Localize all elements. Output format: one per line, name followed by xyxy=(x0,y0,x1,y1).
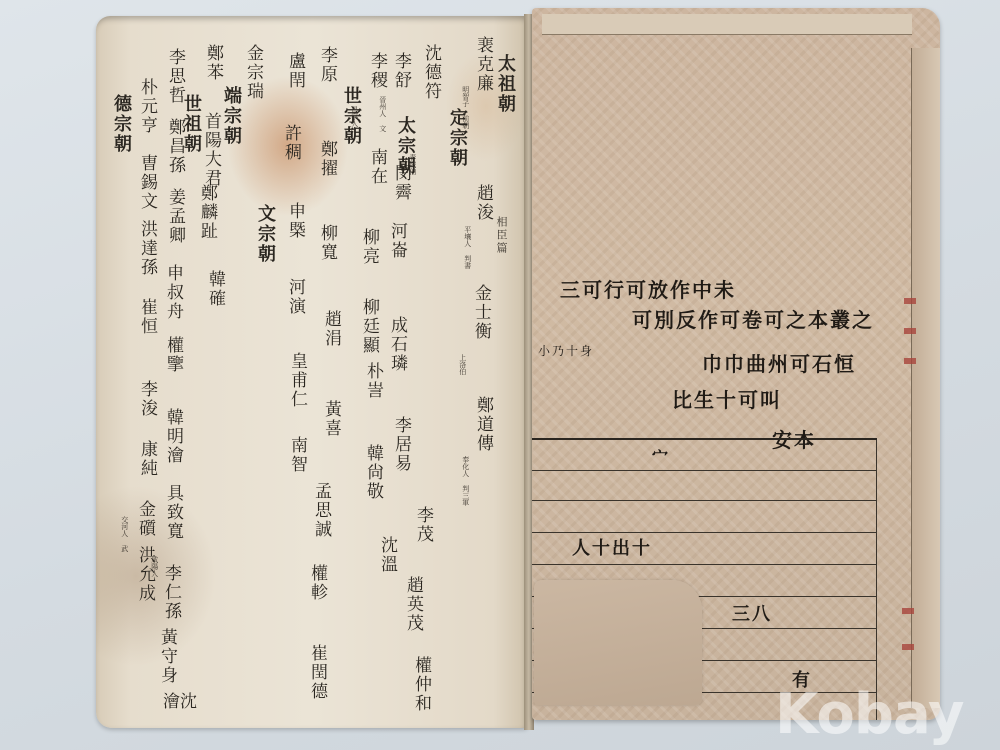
name-entry: 李稷 xyxy=(368,52,385,90)
name-entry: 許稠 xyxy=(282,124,299,162)
red-seal-mark xyxy=(904,298,916,304)
annotation: 奉化人 判三軍 xyxy=(461,456,469,506)
name-entry: 趙浚 xyxy=(474,184,491,222)
name-entry: 李原 xyxy=(318,46,335,84)
reign-heading: 文宗朝 xyxy=(256,204,274,264)
name-entry: 姜孟卿 xyxy=(166,188,183,245)
name-entry: 金礩 xyxy=(136,500,153,538)
handwritten-line: 巾巾曲州可石恒 xyxy=(702,348,856,370)
name-entry: 韓尙敬 xyxy=(364,444,381,501)
name-entry: 黃守身 xyxy=(158,628,175,685)
handwritten-line: 三八 xyxy=(732,600,772,622)
name-entry: 鄭昌孫 xyxy=(166,118,183,175)
left-page: 相臣篇 太祖朝 裵克廉 趙浚 明智子 前朝 平壤人 判書 定宗朝 沈德符 金士衡… xyxy=(96,16,528,728)
name-entry: 沈德符 xyxy=(422,44,439,101)
annotation: 平壤人 判書 xyxy=(463,226,471,269)
annotation: 交河人 武 xyxy=(120,516,128,552)
name-entry: 趙英茂 xyxy=(404,576,421,633)
name-entry: 權仲和 xyxy=(412,656,429,713)
name-entry: 盧閈 xyxy=(286,52,303,90)
reign-heading: 太祖朝 xyxy=(496,54,514,114)
name-entry: 鄭苯 xyxy=(204,44,221,82)
name-entry: 康純 xyxy=(138,440,155,478)
handwritten-line: 三可行可放作中未 xyxy=(560,274,736,296)
name-entry: 河崙 xyxy=(388,222,405,260)
name-entry: 金宗瑞 xyxy=(244,44,261,101)
right-page: 三可行可放作中未 可別反作可卷可之本叢之 小乃十身 巾巾曲州可石恒 比生十可叫 … xyxy=(532,8,940,720)
name-entry: 韓明澮 xyxy=(164,408,181,465)
name-entry: 孟思誠 xyxy=(312,482,329,539)
red-seal-mark xyxy=(904,328,916,334)
name-entry: 鄭麟趾 xyxy=(198,184,215,241)
name-entry: 成石璘 xyxy=(388,316,405,373)
torn-paper-patch xyxy=(534,580,702,705)
name-entry: 洪達孫 xyxy=(138,220,155,277)
name-entry: 李舒 xyxy=(392,52,409,90)
handwritten-line: 可別反作可卷可之本叢之 xyxy=(632,304,874,326)
handwritten-line: 比生十可叫 xyxy=(672,384,782,406)
open-book: 相臣篇 太祖朝 裵克廉 趙浚 明智子 前朝 平壤人 判書 定宗朝 沈德符 金士衡… xyxy=(96,8,946,730)
handwritten-line: 人十出十 xyxy=(572,534,652,556)
name-entry: 鄭道傳 xyxy=(474,396,491,453)
handwritten-line: 宀 xyxy=(652,444,670,466)
reign-heading: 端宗朝 xyxy=(222,86,240,146)
reign-heading: 德宗朝 xyxy=(112,94,130,154)
name-entry: 李仁孫 xyxy=(162,564,179,621)
top-paper-strip xyxy=(542,14,912,35)
name-entry: 朴訔 xyxy=(364,362,381,400)
name-entry: 李居易 xyxy=(392,416,409,473)
handwritten-line: 小乃十身 xyxy=(538,342,594,356)
annotation: 昌寧人 xyxy=(350,106,358,127)
name-entry: 李浚 xyxy=(138,380,155,418)
name-entry: 柳廷顯 xyxy=(360,298,377,355)
reign-heading: 定宗朝 xyxy=(448,108,466,168)
name-entry: 皇甫仁 xyxy=(288,352,305,409)
name-entry: 鄭擢 xyxy=(318,140,335,178)
name-entry: 李茂 xyxy=(414,506,431,544)
name-entry: 沈溫 xyxy=(378,536,395,574)
name-entry: 金士衡 xyxy=(472,284,489,341)
name-entry: 沈澮 xyxy=(160,692,194,728)
name-entry: 柳寬 xyxy=(318,224,335,262)
annotation: 晉州人 文 xyxy=(378,96,386,132)
name-entry: 裵克廉 xyxy=(474,36,491,93)
name-entry: 河演 xyxy=(286,278,303,316)
name-entry: 申叔舟 xyxy=(164,264,181,321)
name-entry: 曺錫文 xyxy=(138,154,155,211)
red-seal-mark xyxy=(902,644,914,650)
name-entry: 黃喜 xyxy=(322,400,339,438)
name-entry: 朴元亨 xyxy=(138,78,155,135)
name-entry: 申槩 xyxy=(286,202,303,240)
name-entry: 首陽大君 xyxy=(202,112,219,188)
name-entry: 具致寬 xyxy=(164,484,181,541)
name-entry: 韓確 xyxy=(206,270,223,308)
page-edge xyxy=(911,48,940,708)
name-entry: 崔恒 xyxy=(138,298,155,336)
name-entry: 趙涓 xyxy=(322,310,339,348)
name-entry: 權擥 xyxy=(164,336,181,374)
name-entry: 南在 xyxy=(368,148,385,186)
name-entry: 崔閏德 xyxy=(308,644,325,701)
annotation: 上洛伯 xyxy=(458,354,466,375)
name-entry: 權軫 xyxy=(308,564,325,602)
name-entry: 柳亮 xyxy=(360,228,377,266)
section-title: 相臣篇 xyxy=(496,216,507,255)
name-entry: 南智 xyxy=(288,436,305,474)
name-entry: 閔霽 xyxy=(392,164,409,202)
annotation: 咸陽人 xyxy=(150,556,158,577)
red-seal-mark xyxy=(902,608,914,614)
name-entry: 李思哲 xyxy=(166,48,183,105)
red-seal-mark xyxy=(904,358,916,364)
watermark-logo: Kobay xyxy=(775,682,964,747)
